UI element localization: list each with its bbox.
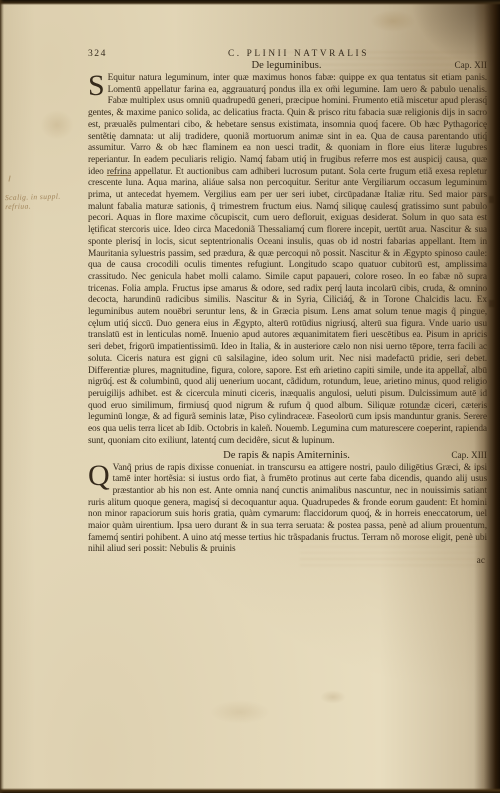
body-text: Vanq̃ prius de rapis dixisse conueniat. … <box>88 463 487 555</box>
paragraph-de-rapis: QVanq̃ prius de rapis dixisse conueniat.… <box>88 463 487 557</box>
paragraph-de-leguminibus: SEquitur natura leguminum, inter quæ max… <box>88 73 487 448</box>
paper-stain <box>370 10 416 32</box>
catchword: ac <box>88 556 487 566</box>
underlined-word: refrina <box>107 167 131 177</box>
paper-stain <box>210 700 270 724</box>
chapter-heading: De leguminibus. <box>158 60 415 71</box>
body-text: appellatur. Et auctionibus cam adhiberi … <box>88 167 487 411</box>
margin-pen-mark <box>8 176 14 183</box>
text-block: 324 C. PLINII NATVRALIS De leguminibus. … <box>88 48 487 566</box>
page-number: 324 <box>88 48 150 59</box>
page-edge-left <box>0 0 4 793</box>
running-head: 324 C. PLINII NATVRALIS <box>88 48 487 59</box>
book-page-scan: Scalig. in suppl. refriua. 324 C. PLINII… <box>0 0 500 793</box>
drop-cap-initial: Q <box>88 463 113 487</box>
paper-stain <box>40 110 74 140</box>
chapter-heading-row: De rapis & napis Amiterninis. Cap. XIII <box>88 450 487 461</box>
underlined-word: rotundæ <box>400 401 430 411</box>
chapter-number: Cap. XII <box>415 61 487 71</box>
page-edge-bottom <box>0 788 500 793</box>
chapter-heading-row: De leguminibus. Cap. XII <box>88 60 487 71</box>
chapter-number: Cap. XIII <box>415 451 487 461</box>
handwritten-margin-note: Scalig. in suppl. refriua. <box>5 191 87 211</box>
body-text: Equitur natura leguminum, inter quæ maxi… <box>88 73 487 177</box>
gutter-page-fragment <box>489 300 495 307</box>
page-edge-top <box>0 0 500 5</box>
running-title: C. PLINII NATVRALIS <box>150 49 447 59</box>
chapter-heading: De rapis & napis Amiterninis. <box>158 450 415 461</box>
paper-stain <box>320 690 346 704</box>
gutter-page-fragment <box>489 196 494 203</box>
drop-cap-initial: S <box>88 73 108 97</box>
